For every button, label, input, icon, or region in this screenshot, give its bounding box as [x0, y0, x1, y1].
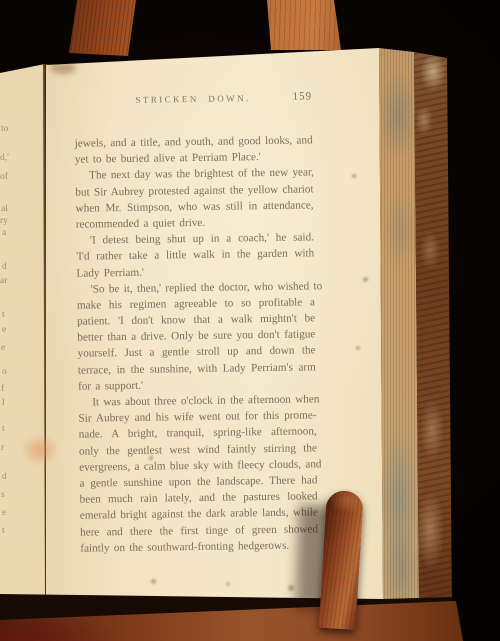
gutter-stain — [16, 431, 64, 469]
left-page-text-fragment: d,' — [0, 153, 9, 163]
foxing-spot — [151, 579, 156, 584]
left-page-text-fragment: t — [2, 424, 5, 434]
left-page-text-fragment: al — [1, 204, 8, 214]
foxing-spot — [356, 346, 360, 350]
left-page-text-fragment: s — [1, 490, 5, 500]
left-page-text-fragment: f — [1, 384, 4, 394]
foxing-spot — [352, 174, 356, 178]
easel-left-leg — [0, 0, 200, 60]
left-page-text-fragment: ar — [0, 276, 7, 286]
left-page-text-fragment: t — [2, 526, 5, 536]
left-page-text-fragment: a — [2, 228, 6, 238]
left-page-text-fragment: e — [2, 325, 6, 335]
page-body-text: jewels, and a title, and youth, and good… — [75, 132, 319, 556]
left-page-text-fragment: l — [2, 398, 5, 408]
running-title: STRICKEN DOWN. — [74, 92, 312, 105]
left-page-text-fragment: o — [2, 367, 7, 377]
page-number: 159 — [292, 90, 312, 102]
left-page-text-fragment: e — [2, 508, 6, 518]
foxing-spot — [363, 277, 368, 282]
foxing-spot — [288, 585, 294, 591]
left-page-text-fragment: e — [1, 343, 5, 353]
left-page-text-fragment: to — [1, 124, 8, 134]
easel-center-post — [0, 0, 400, 52]
left-page-text-fragment: t — [2, 310, 5, 320]
left-page-text-fragment: r — [1, 443, 4, 453]
page-content: STRICKEN DOWN. 159 jewels, and a title, … — [74, 90, 318, 530]
left-page-text-fragment: d — [2, 262, 7, 272]
book-photo-scene: to d,' of al ry a d ar t e e o f l t r d… — [0, 0, 500, 641]
page-smudge — [50, 62, 76, 74]
left-page-text-fragment: of — [0, 172, 8, 182]
text-line: faintly on the southward-fronting hedger… — [80, 537, 318, 557]
left-page-text-fragment: d — [2, 472, 7, 482]
left-page-text-fragment: ry — [0, 216, 8, 226]
page-header: STRICKEN DOWN. 159 — [74, 90, 312, 109]
foxing-spot — [226, 582, 230, 586]
